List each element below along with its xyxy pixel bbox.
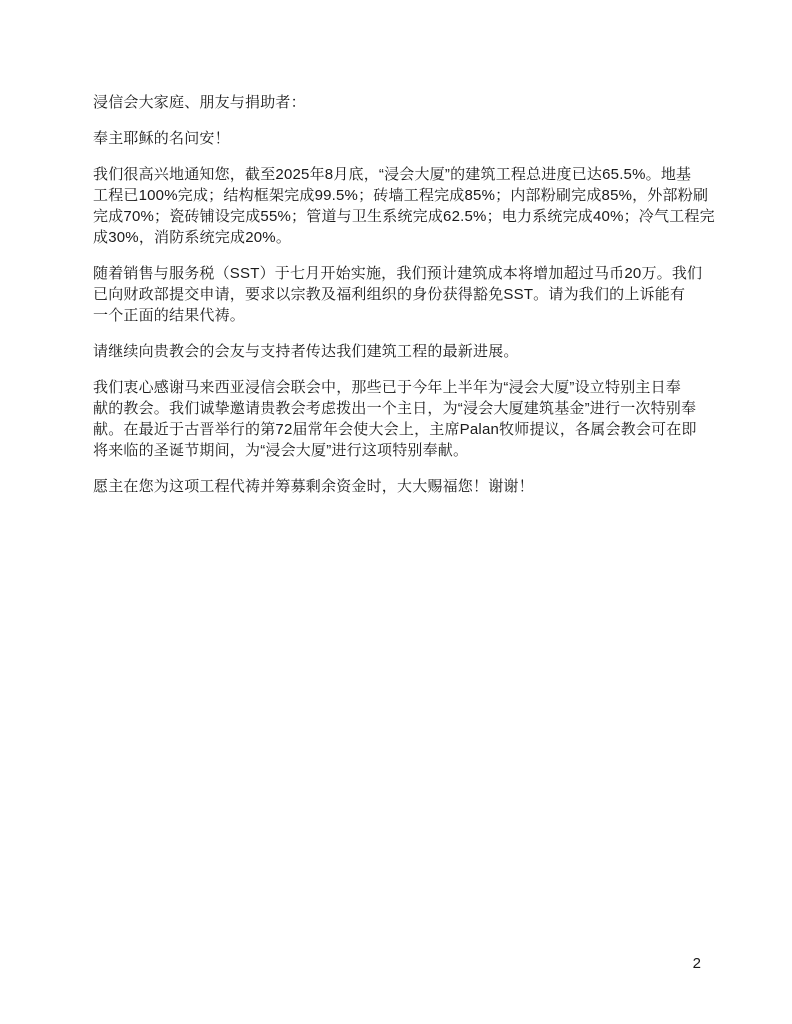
text-line: 请继续向贵教会的会友与支持者传达我们建筑工程的最新进展。	[93, 341, 701, 362]
paragraph-update-request: 请继续向贵教会的会友与支持者传达我们建筑工程的最新进展。	[93, 341, 701, 362]
text-line: 成30%，消防系统完成20%。	[93, 227, 701, 248]
document-page: 浸信会大家庭、朋友与捐助者： 奉主耶稣的名问安！ 我们很高兴地通知您，截至202…	[0, 0, 792, 1024]
text-line: 完成70%；瓷砖铺设完成55%；管道与卫生系统完成62.5%；电力系统完成40%…	[93, 206, 701, 227]
text-line: 已向财政部提交申请，要求以宗教及福利组织的身份获得豁免SST。请为我们的上诉能有	[93, 284, 701, 305]
text-line: 一个正面的结果代祷。	[93, 305, 701, 326]
text-line: 将来临的圣诞节期间，为“浸会大厦”进行这项特别奉献。	[93, 440, 701, 461]
text-line: 我们很高兴地通知您，截至2025年8月底，“浸会大厦”的建筑工程总进度已达65.…	[93, 164, 701, 185]
paragraph-blessing: 愿主在您为这项工程代祷并筹募剩余资金时，大大赐福您！谢谢！	[93, 476, 701, 497]
text-line: 奉主耶稣的名问安！	[93, 128, 701, 149]
text-line: 愿主在您为这项工程代祷并筹募剩余资金时，大大赐福您！谢谢！	[93, 476, 701, 497]
text-line: 我们衷心感谢马来西亚浸信会联会中，那些已于今年上半年为“浸会大厦”设立特别主日奉	[93, 377, 701, 398]
text-line: 浸信会大家庭、朋友与捐助者：	[93, 92, 701, 113]
text-line: 随着销售与服务税（SST）于七月开始实施，我们预计建筑成本将增加超过马币20万。…	[93, 263, 701, 284]
page-number: 2	[93, 953, 701, 974]
letter-body: 浸信会大家庭、朋友与捐助者： 奉主耶稣的名问安！ 我们很高兴地通知您，截至202…	[93, 92, 701, 512]
text-line: 献。在最近于古晋举行的第72届常年会使大会上，主席Palan牧师提议，各属会教会…	[93, 419, 701, 440]
paragraph-sst-cost: 随着销售与服务税（SST）于七月开始实施，我们预计建筑成本将增加超过马币20万。…	[93, 263, 701, 326]
paragraph-construction-progress: 我们很高兴地通知您，截至2025年8月底，“浸会大厦”的建筑工程总进度已达65.…	[93, 164, 701, 248]
text-line: 献的教会。我们诚挚邀请贵教会考虑拨出一个主日，为“浸会大厦建筑基金”进行一次特别…	[93, 398, 701, 419]
paragraph-offering-appeal: 我们衷心感谢马来西亚浸信会联会中，那些已于今年上半年为“浸会大厦”设立特别主日奉…	[93, 377, 701, 461]
paragraph-salutation: 浸信会大家庭、朋友与捐助者：	[93, 92, 701, 113]
text-line: 工程已100%完成；结构框架完成99.5%；砖墙工程完成85%；内部粉刷完成85…	[93, 185, 701, 206]
paragraph-greeting: 奉主耶稣的名问安！	[93, 128, 701, 149]
